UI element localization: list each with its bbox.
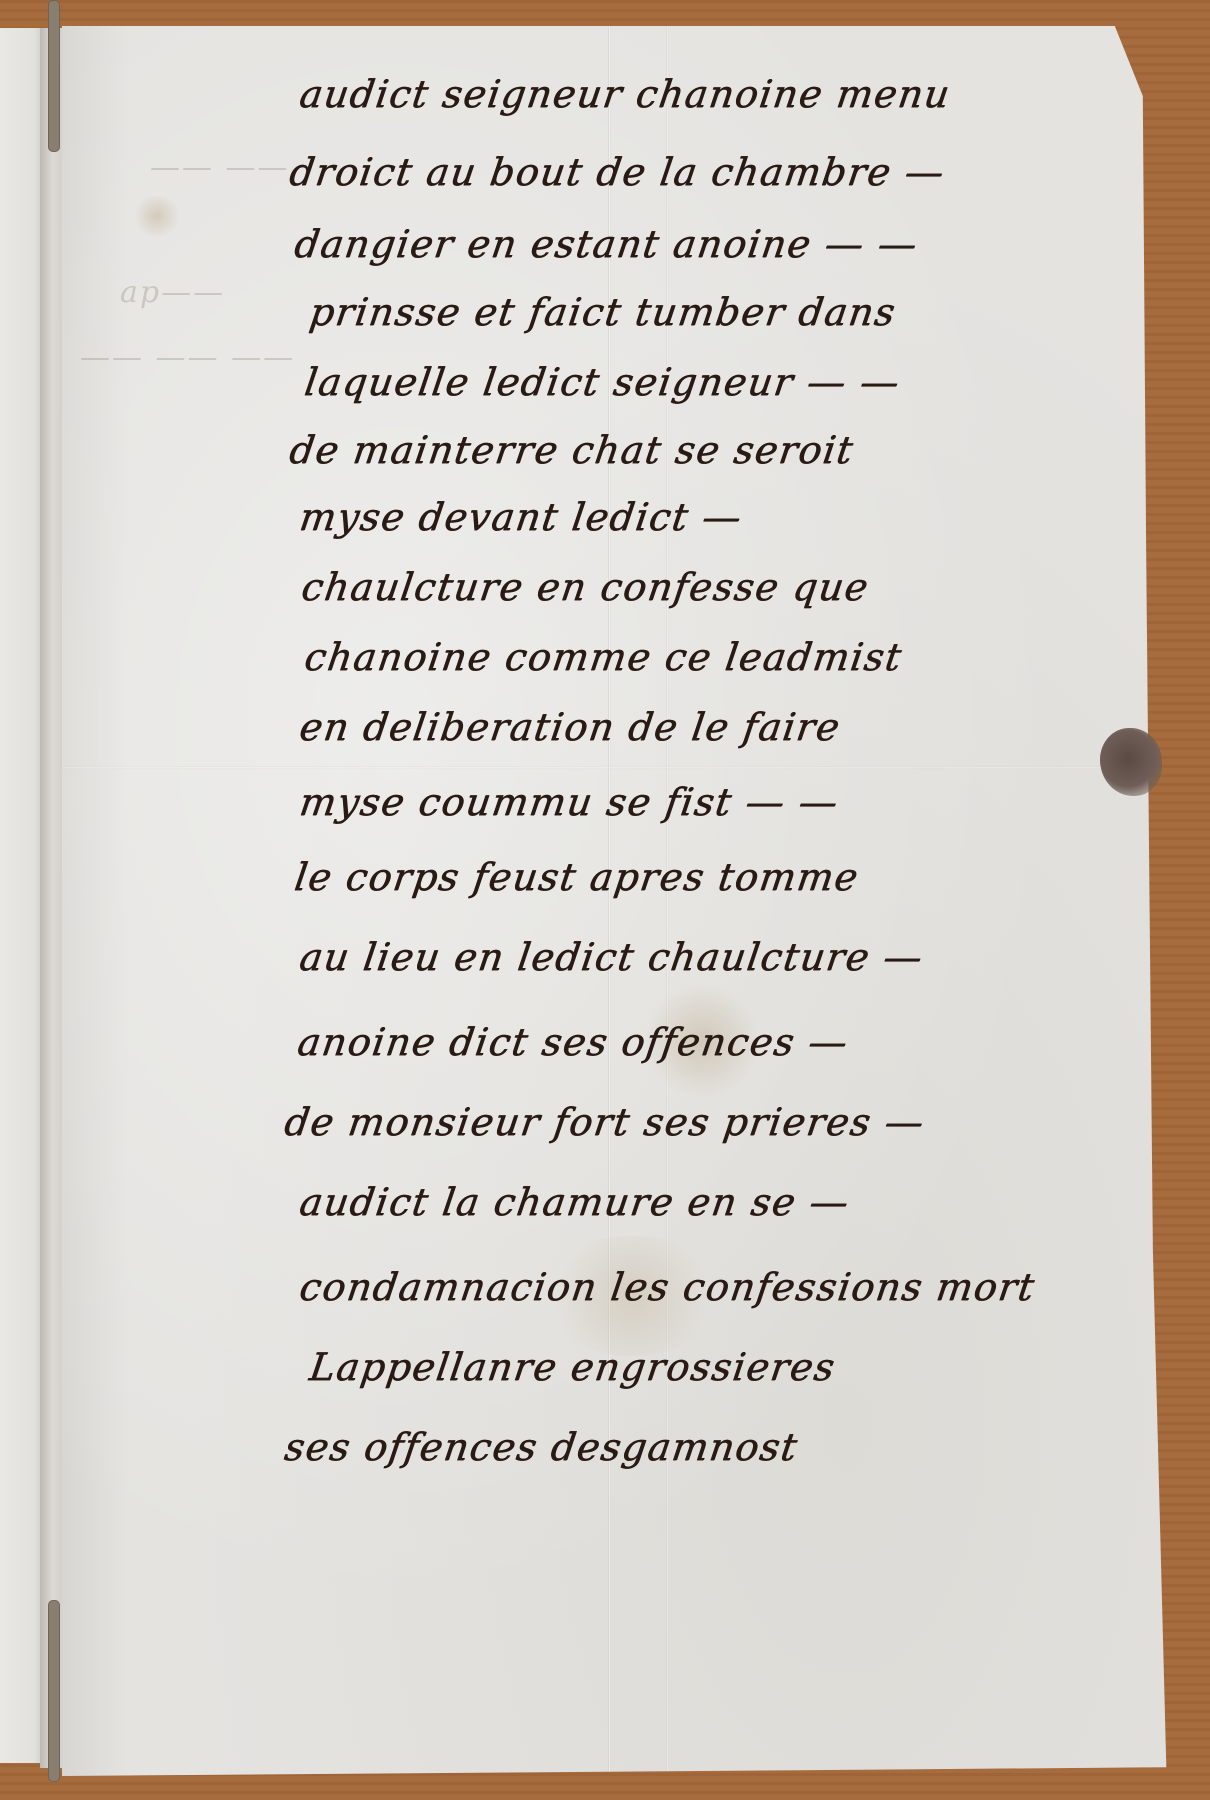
bleed-through-text: —— —— —— xyxy=(80,340,295,375)
handwritten-text: —— —— ap—— —— —— —— audict seigneur chan… xyxy=(0,0,1210,1800)
bleed-through-text: ap—— xyxy=(120,275,225,310)
manuscript-line-7: myse devant ledict — xyxy=(297,495,745,539)
manuscript-line-12: le corps feust apres tomme xyxy=(292,855,862,899)
bleed-through-text: —— —— xyxy=(150,150,290,185)
manuscript-line-15: de monsieur fort ses prieres — xyxy=(282,1100,928,1144)
manuscript-line-1: audict seigneur chanoine menu xyxy=(297,72,953,116)
manuscript-line-10: en deliberation de le faire xyxy=(297,705,843,749)
manuscript-line-6: de mainterre chat se seroit xyxy=(287,428,857,472)
manuscript-line-14: anoine dict ses offences — xyxy=(295,1020,851,1064)
manuscript-line-18: Lappellanre engrossieres xyxy=(307,1345,839,1389)
manuscript-line-16: audict la chamure en se — xyxy=(297,1180,853,1224)
manuscript-line-13: au lieu en ledict chaulcture — xyxy=(297,935,926,979)
manuscript-line-9: chanoine comme ce leadmist xyxy=(302,635,905,679)
manuscript-line-11: myse coummu se fist — — xyxy=(297,780,842,824)
manuscript-line-4: prinsse et faict tumber dans xyxy=(307,290,899,334)
manuscript-line-3: dangier en estant anoine — — xyxy=(292,222,921,266)
manuscript-line-2: droict au bout de la chambre — xyxy=(287,150,948,194)
manuscript-line-5: laquelle ledict seigneur — — xyxy=(302,360,903,404)
manuscript-line-8: chaulcture en confesse que xyxy=(299,565,872,609)
manuscript-line-19: ses offences desgamnost xyxy=(282,1425,801,1469)
manuscript-line-17: condamnacion les confessions mort xyxy=(297,1265,1038,1309)
